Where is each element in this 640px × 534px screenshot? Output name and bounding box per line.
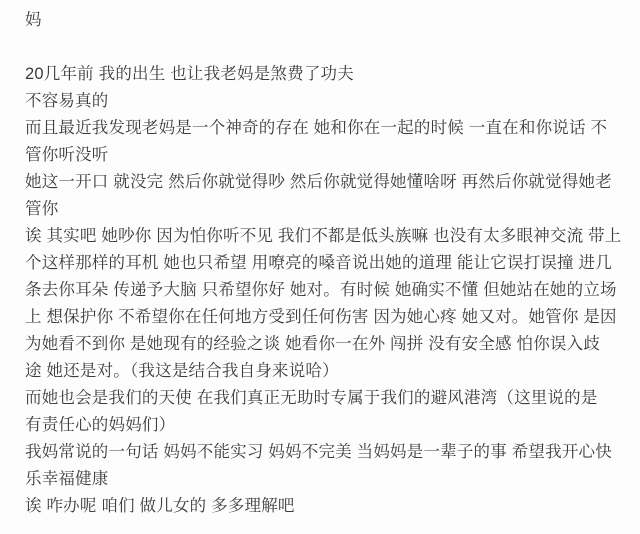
document-body: 妈 20几年前 我的出生 也让我老妈是煞费了功夫 不容易真的 而且最近我发现老妈… (0, 0, 640, 534)
text-line: 有责任心的妈妈们） (25, 412, 624, 439)
text-line: 乐幸福健康 (25, 466, 624, 493)
text-line: 途 她还是对。（我这是结合我自身来说哈） (25, 358, 624, 385)
text-line: 妈 (25, 7, 624, 34)
text-line: 诶 其实吧 她吵你 因为怕你听不见 我们不都是低头族嘛 也没有太多眼神交流 带上 (25, 223, 624, 250)
text-line: 为她看不到你 是她现有的经验之谈 她看你一在外 闯拼 没有安全感 怕你误入歧 (25, 331, 624, 358)
text-line: 管你听没听 (25, 142, 624, 169)
text-line: 我妈常说的一句话 妈妈不能实习 妈妈不完美 当妈妈是一辈子的事 希望我开心快 (25, 439, 624, 466)
text-line: 不容易真的 (25, 88, 624, 115)
text-line: 上 想保护你 不希望你在任何地方受到任何伤害 因为她心疼 她又对。她管你 是因 (25, 304, 624, 331)
text-line: 条去你耳朵 传递予大脑 只希望你好 她对。有时候 她确实不懂 但她站在她的立场 (25, 277, 624, 304)
text-line-blank (25, 34, 624, 61)
text-line: 20几年前 我的出生 也让我老妈是煞费了功夫 (25, 61, 624, 88)
text-line: 诶 咋办呢 咱们 做儿女的 多多理解吧 (25, 493, 624, 520)
text-line: 个这样那样的耳机 她也只希望 用嘹亮的嗓音说出她的道理 能让它误打误撞 进几 (25, 250, 624, 277)
text-line: 而她也会是我们的天使 在我们真正无助时专属于我们的避风港湾（这里说的是 (25, 385, 624, 412)
text-line: 她这一开口 就没完 然后你就觉得吵 然后你就觉得她懂啥呀 再然后你就觉得她老 (25, 169, 624, 196)
text-line: 管你 (25, 196, 624, 223)
text-line: 而且最近我发现老妈是一个神奇的存在 她和你在一起的时候 一直在和你说话 不 (25, 115, 624, 142)
